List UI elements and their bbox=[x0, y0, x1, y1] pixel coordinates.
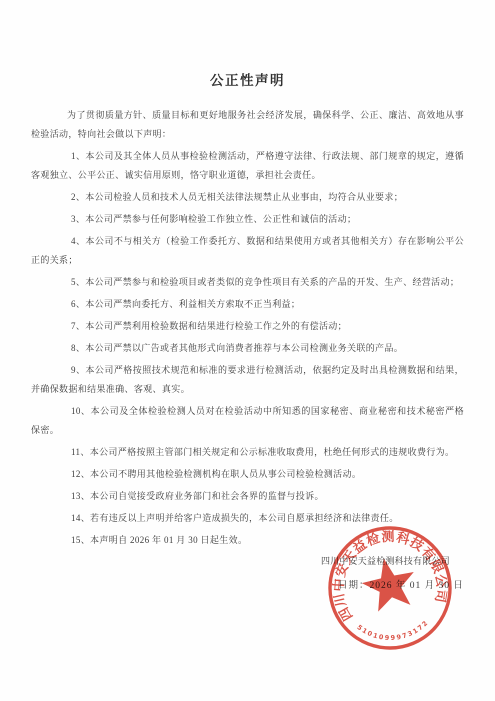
statement-item-8: 8、本公司严禁以广告或者其他形式向消费者推荐与本公司检测业务关联的产品。 bbox=[31, 339, 464, 358]
statement-item-13: 13、本公司自觉接受政府业务部门和社会各界的监督与投诉。 bbox=[31, 487, 464, 506]
statement-item-12: 12、本公司不聘用其他检验检测机构在职人员从事公司检验检测活动。 bbox=[31, 465, 464, 484]
statement-item-10: 10、本公司及全体检验检测人员对在检验活动中所知悉的国家秘密、商业秘密和技术秘密… bbox=[31, 402, 464, 440]
document-title: 公正性声明 bbox=[31, 71, 464, 91]
statement-item-4: 4、本公司不与相关方（检验工作委托方、数据和结果使用方或者其他相关方）存在影响公… bbox=[31, 232, 464, 270]
statement-item-7: 7、本公司严禁利用检验数据和结果进行检验工作之外的有偿活动； bbox=[31, 317, 464, 336]
company-seal-stamp: 四川中安天益检测科技有限公司 5101099973172 bbox=[297, 495, 482, 680]
statement-item-1: 1、本公司及其全体人员从事检验检测活动，严格遵守法律、行政法规、部门规章的规定，… bbox=[31, 147, 464, 185]
statement-item-6: 6、本公司严禁向委托方、利益相关方索取不正当利益； bbox=[31, 295, 464, 314]
statement-item-11: 11、本公司严格按照主管部门相关规定和公示标准收取费用，杜绝任何形式的违规收费行… bbox=[31, 443, 464, 462]
statement-item-3: 3、本公司严禁参与任何影响检验工作独立性、公正性和诚信的活动； bbox=[31, 210, 464, 229]
statement-item-2: 2、本公司检验人员和技术人员无相关法律法规禁止从业事由，均符合从业要求； bbox=[31, 188, 464, 207]
document-page: 公正性声明 为了贯彻质量方针、质量目标和更好地服务社会经济发展，确保科学、公正、… bbox=[0, 0, 495, 701]
document-body: 公正性声明 为了贯彻质量方针、质量目标和更好地服务社会经济发展，确保科学、公正、… bbox=[0, 0, 495, 550]
statement-item-5: 5、本公司严禁参与和检验项目或者类似的竞争性项目有关系的产品的开发、生产、经营活… bbox=[31, 273, 464, 292]
statement-item-9: 9、本公司严格按照技术规范和标准的要求进行检测活动，依据约定及时出具检测数据和结… bbox=[31, 361, 464, 399]
star-icon bbox=[358, 553, 421, 614]
intro-paragraph: 为了贯彻质量方针、质量目标和更好地服务社会经济发展，确保科学、公正、廉洁、高效地… bbox=[31, 106, 464, 144]
